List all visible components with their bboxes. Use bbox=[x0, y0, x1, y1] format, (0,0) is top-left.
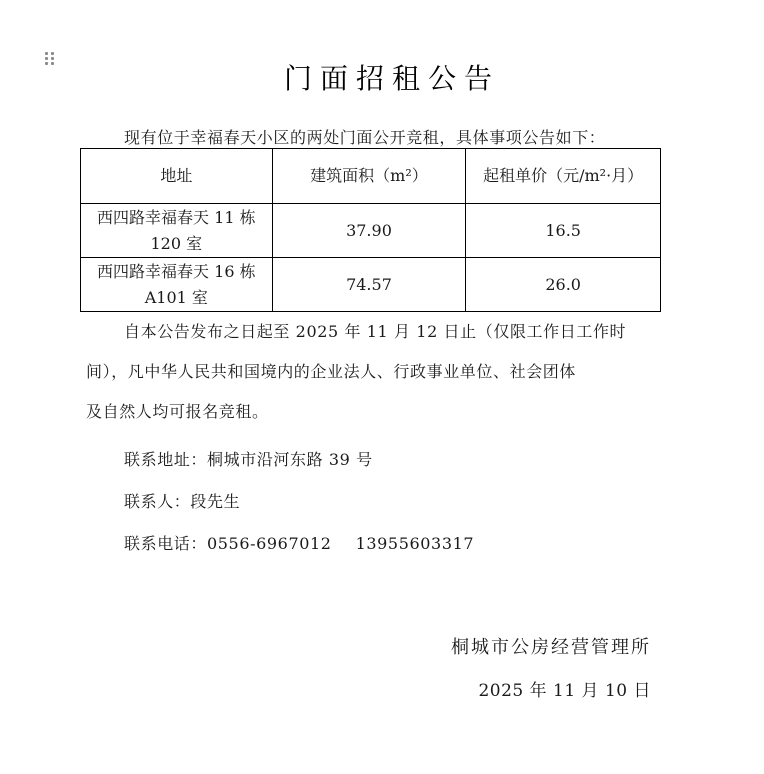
document-title: 门面招租公告 bbox=[0, 57, 764, 97]
table-row: 西四路幸福春天 16 栋 A101 室 74.57 26.0 bbox=[81, 258, 661, 312]
body-paragraph: 自本公告发布之日起至 2025 年 11 月 12 日止（仅限工作日工作时 间）… bbox=[86, 312, 666, 432]
intro-paragraph: 现有位于幸福春天小区的两处门面公开竞租，具体事项公告如下： bbox=[124, 125, 605, 148]
signature-date: 2025 年 11 月 10 日 bbox=[478, 676, 651, 701]
body-line-3: 及自然人均可报名竞租。 bbox=[86, 392, 666, 432]
contact-phone-landline: 联系电话：0556-6967012 bbox=[124, 534, 332, 553]
cell-address: 西四路幸福春天 16 栋 A101 室 bbox=[81, 258, 273, 312]
cell-area: 37.90 bbox=[272, 204, 466, 258]
cell-area: 74.57 bbox=[272, 258, 466, 312]
contact-address: 联系地址：桐城市沿河东路 39 号 bbox=[124, 447, 373, 470]
rental-table: 地址 建筑面积（m²） 起租单价（元/m²·月） 西四路幸福春天 11 栋 12… bbox=[80, 148, 661, 312]
address-line-1: 西四路幸福春天 16 栋 bbox=[81, 259, 272, 285]
table-header-row: 地址 建筑面积（m²） 起租单价（元/m²·月） bbox=[81, 149, 661, 204]
drag-dot bbox=[51, 52, 54, 55]
drag-dot bbox=[45, 52, 48, 55]
contact-person: 联系人：段先生 bbox=[124, 489, 240, 512]
address-line-2: A101 室 bbox=[81, 285, 272, 311]
header-address: 地址 bbox=[81, 149, 273, 204]
body-line-2: 间），凡中华人民共和国境内的企业法人、行政事业单位、社会团体 bbox=[86, 352, 666, 392]
cell-price: 26.0 bbox=[466, 258, 661, 312]
contact-phone: 联系电话：0556-696701213955603317 bbox=[124, 531, 474, 554]
address-line-2: 120 室 bbox=[81, 231, 272, 257]
header-price: 起租单价（元/m²·月） bbox=[466, 149, 661, 204]
contact-phone-mobile: 13955603317 bbox=[356, 534, 475, 553]
body-line-1: 自本公告发布之日起至 2025 年 11 月 12 日止（仅限工作日工作时 bbox=[86, 312, 666, 352]
table-row: 西四路幸福春天 11 栋 120 室 37.90 16.5 bbox=[81, 204, 661, 258]
signature-organization: 桐城市公房经营管理所 bbox=[451, 633, 651, 659]
cell-price: 16.5 bbox=[466, 204, 661, 258]
address-line-1: 西四路幸福春天 11 栋 bbox=[81, 205, 272, 231]
header-area: 建筑面积（m²） bbox=[272, 149, 466, 204]
cell-address: 西四路幸福春天 11 栋 120 室 bbox=[81, 204, 273, 258]
